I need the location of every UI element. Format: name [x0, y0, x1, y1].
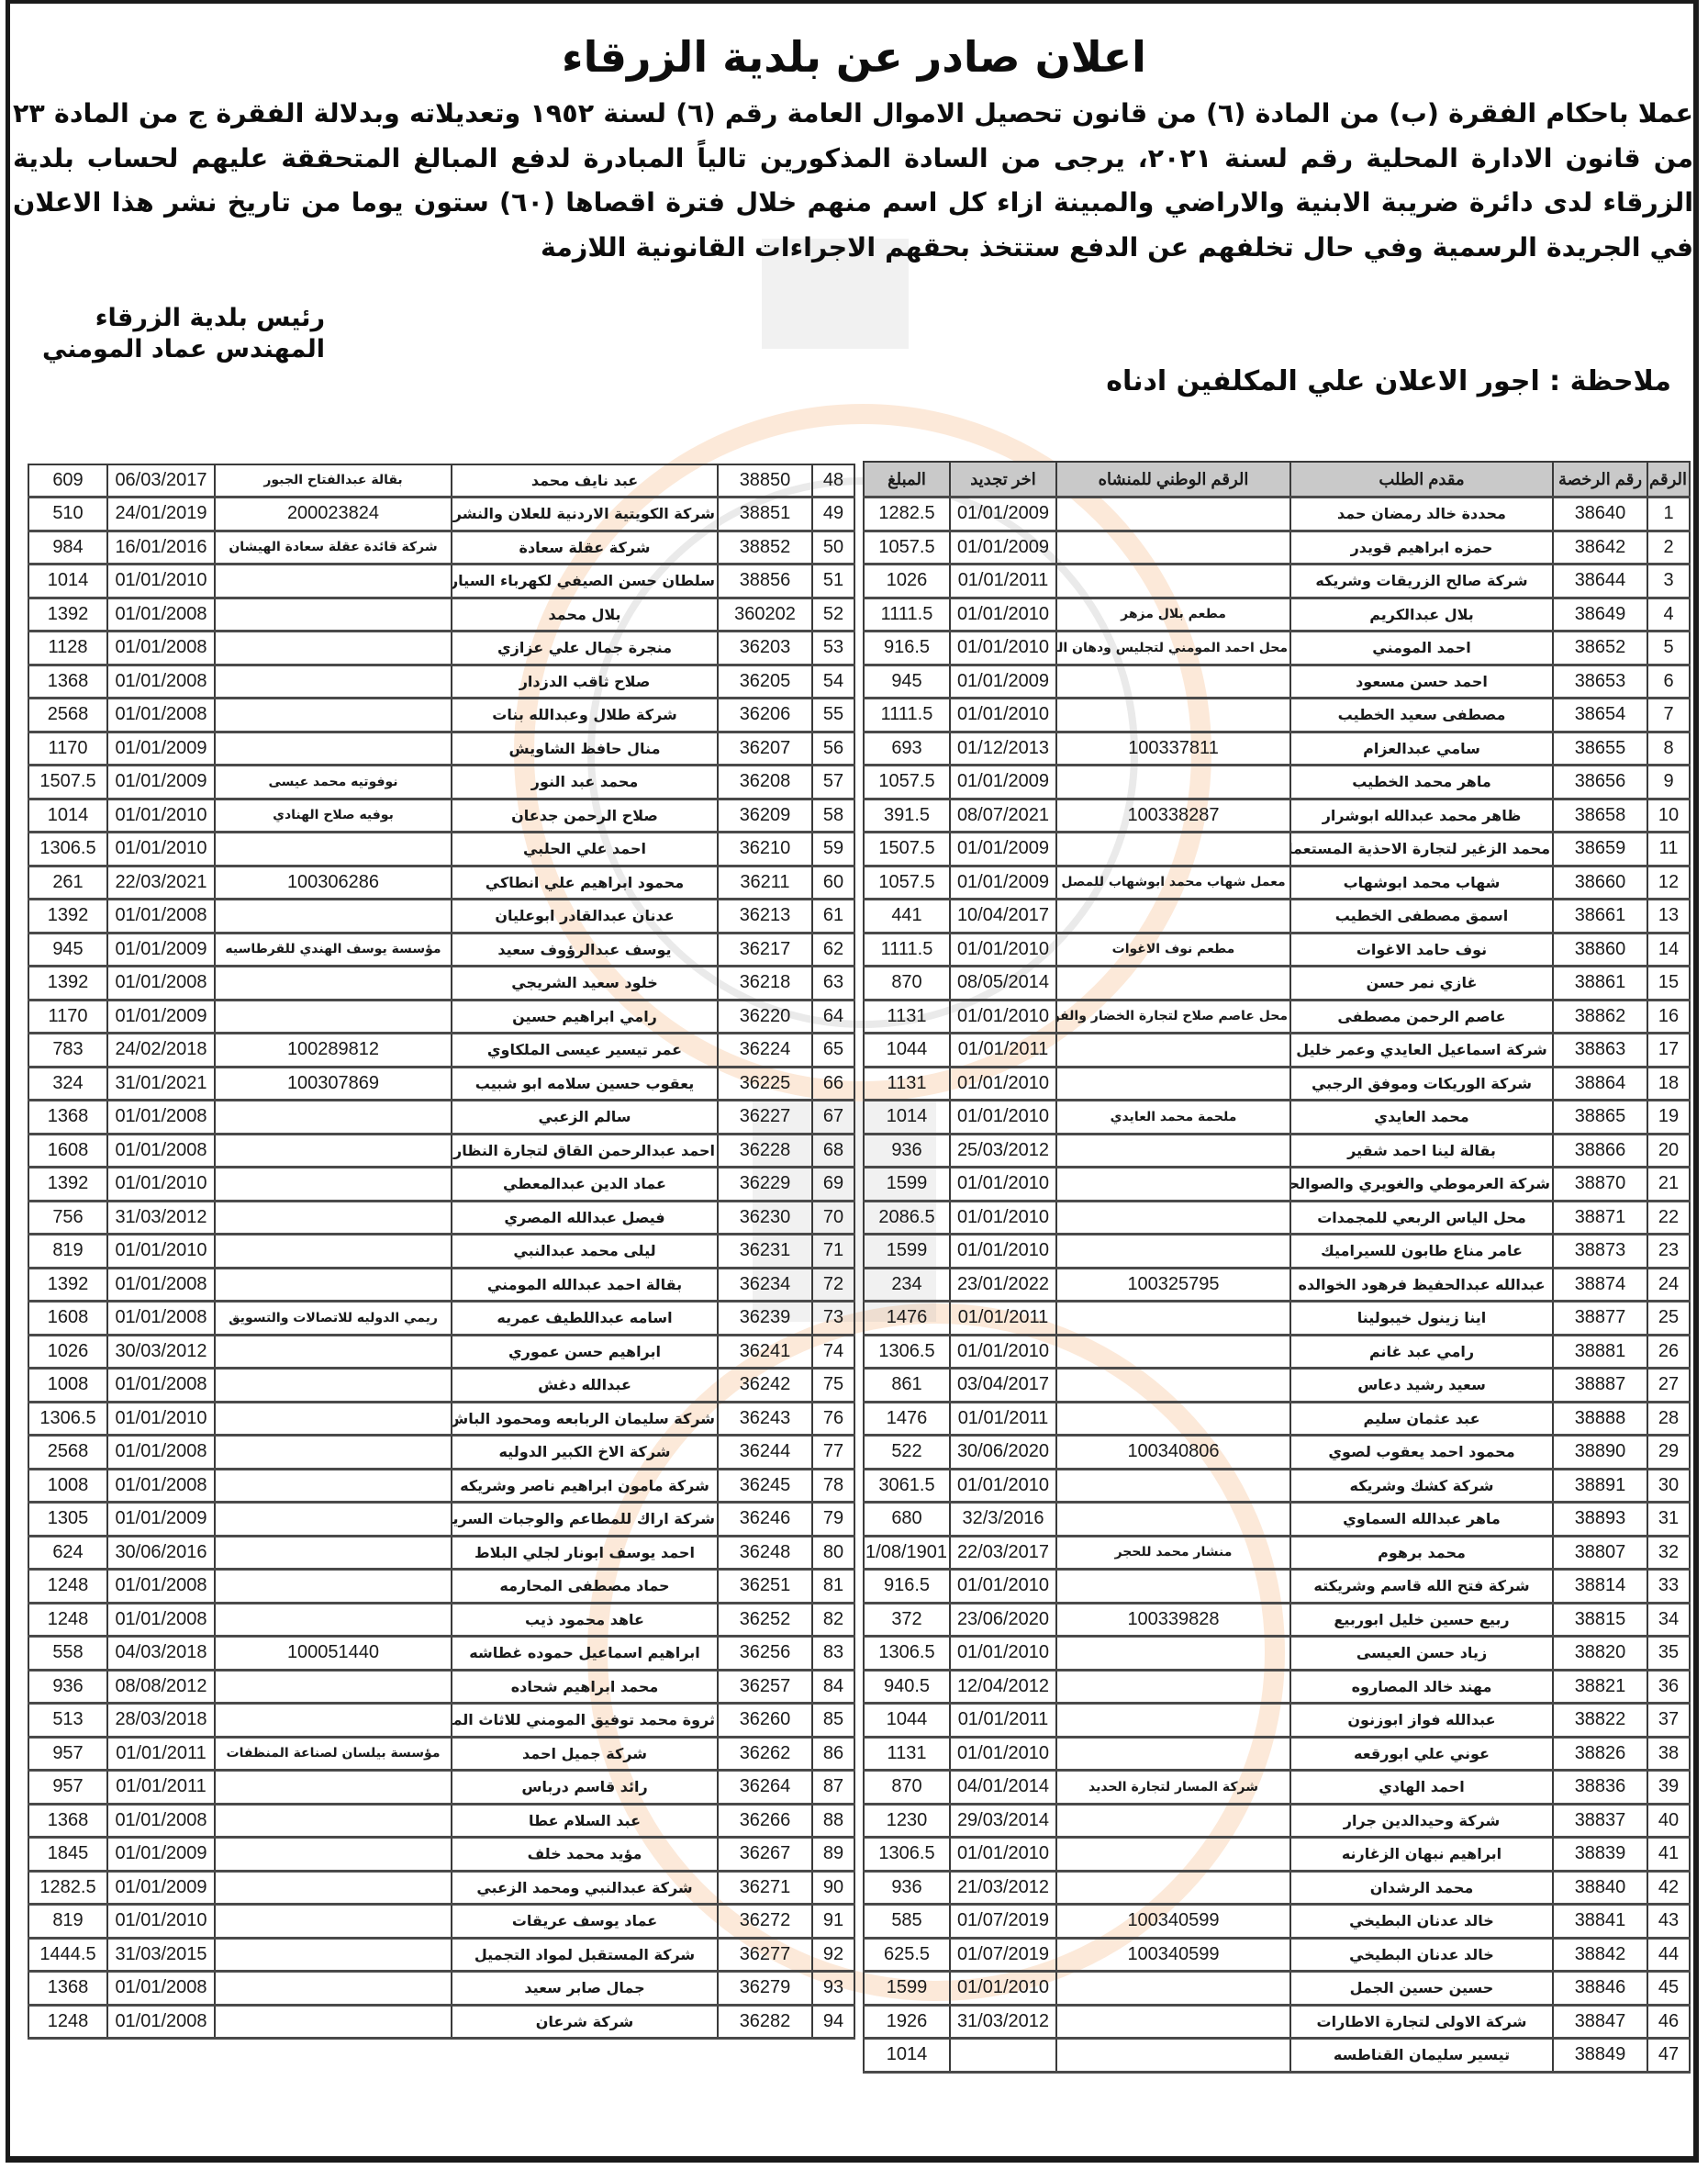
cell-license: 38839 [1553, 1838, 1647, 1872]
cell-applicant: احمد يوسف ابونار لجلي البلاط [452, 1536, 718, 1570]
cell-applicant: عبدالله عبدالحفيظ فرهود الخوالده [1290, 1268, 1553, 1302]
cell-last-renewal: 01/01/2008 [107, 1972, 215, 2006]
cell-applicant: مهند خالد المصاروه [1290, 1670, 1553, 1704]
cell-no: 51 [812, 565, 854, 598]
cell-license: 36229 [718, 1168, 812, 1202]
cell-no: 6 [1647, 665, 1690, 699]
cell-national-id [215, 1771, 452, 1805]
table-row: 8136251حماد مصطفى المحارمه01/01/20081248 [28, 1570, 854, 1604]
taxpayers-table-right: الرقم رقم الرخصة مقدم الطلب الرقم الوطني… [863, 461, 1691, 2074]
table-row: 5336203منجرة جمال علي عزازي01/01/2008112… [28, 632, 854, 665]
cell-amount: 1392 [28, 598, 107, 632]
cell-applicant: ثروة محمد توفيق المومني للاثاث المستعمل [452, 1704, 718, 1738]
cell-last-renewal: 08/07/2021 [950, 799, 1056, 833]
cell-national-id [215, 1603, 452, 1637]
table-row: 7436241ابراهيم حسن عموري30/03/20121026 [28, 1335, 854, 1369]
cell-last-renewal: 01/01/2008 [107, 598, 215, 632]
cell-amount: 984 [28, 531, 107, 565]
cell-national-id [1056, 1838, 1290, 1872]
cell-applicant: احمد المومني [1290, 632, 1553, 665]
cell-national-id: ملحمة محمد العايدي [1056, 1101, 1290, 1135]
cell-applicant: فيصل عبدالله المصري [452, 1201, 718, 1235]
cell-applicant: جمال صابر سعيد [452, 1972, 718, 2006]
cell-amount: 624 [28, 1536, 107, 1570]
cell-no: 57 [812, 766, 854, 799]
cell-last-renewal: 16/01/2016 [107, 531, 215, 565]
cell-national-id [215, 665, 452, 699]
cell-no: 93 [812, 1972, 854, 2006]
cell-no: 80 [812, 1536, 854, 1570]
cell-amount: 945 [864, 665, 950, 699]
cell-applicant: حمزه ابراهيم قويدر [1290, 531, 1553, 565]
cell-no: 68 [812, 1134, 854, 1168]
cell-license: 36209 [718, 799, 812, 833]
cell-no: 90 [812, 1871, 854, 1905]
table-row: 1838864شركة الوريكات وموفق الرجبي01/01/2… [864, 1067, 1690, 1101]
cell-last-renewal: 22/03/2021 [107, 866, 215, 900]
cell-no: 55 [812, 699, 854, 732]
table-row: 2938890محمود احمد يعقوب لصوي10034080630/… [864, 1436, 1690, 1470]
cell-last-renewal: 01/07/2019 [950, 1905, 1056, 1939]
cell-amount: 693 [864, 732, 950, 766]
cell-last-renewal: 01/01/2008 [107, 1436, 215, 1470]
cell-national-id [215, 565, 452, 598]
cell-license: 36217 [718, 933, 812, 967]
cell-last-renewal: 01/01/2009 [950, 866, 1056, 900]
cell-amount: 1368 [28, 1972, 107, 2006]
cell-no: 5 [1647, 632, 1690, 665]
cell-last-renewal: 08/05/2014 [950, 967, 1056, 1001]
cell-national-id: 100051440 [215, 1637, 452, 1671]
cell-no: 87 [812, 1771, 854, 1805]
table-row: 6136213عدنان عبدالقادر ابوعليان01/01/200… [28, 900, 854, 934]
table-body-right: 138640محددة خالد رمضان حمد01/01/20091282… [864, 498, 1690, 2073]
cell-last-renewal: 01/01/2009 [950, 833, 1056, 866]
cell-applicant: شركة صالح الزريقات وشريكه [1290, 565, 1553, 598]
table-row: 5038852شركة عقلة سعادةشركة قائدة عقلة سع… [28, 531, 854, 565]
cell-no: 61 [812, 900, 854, 934]
cell-no: 66 [812, 1067, 854, 1101]
cell-last-renewal: 30/06/2016 [107, 1536, 215, 1570]
cell-last-renewal: 30/06/2020 [950, 1436, 1056, 1470]
cell-amount: 1230 [864, 1804, 950, 1838]
cell-applicant: شركة اراك للمطاعم والوجبات السريعه [452, 1503, 718, 1537]
cell-national-id: 100340599 [1056, 1938, 1290, 1972]
table-row: 7736244شركة الاخ الكبير الدوليه01/01/200… [28, 1436, 854, 1470]
cell-national-id [1056, 1972, 1290, 2006]
cell-last-renewal: 01/01/2008 [107, 1369, 215, 1403]
cell-applicant: شركة عبدالنبي ومحمد الزعبي [452, 1871, 718, 1905]
cell-no: 13 [1647, 900, 1690, 934]
cell-applicant: شركة طلال وعبدالله بنات [452, 699, 718, 732]
cell-last-renewal: 01/01/2010 [107, 1235, 215, 1269]
cell-no: 35 [1647, 1637, 1690, 1671]
table-row: 8936267مؤيد محمد خلف01/01/20091845 [28, 1838, 854, 1872]
cell-applicant: احمد حسن مسعود [1290, 665, 1553, 699]
cell-amount: 1599 [864, 1235, 950, 1269]
cell-amount: 1282.5 [28, 1871, 107, 1905]
cell-last-renewal: 01/01/2009 [107, 732, 215, 766]
cell-amount: 1282.5 [864, 498, 950, 531]
cell-national-id: مطعم بلال مزهر [1056, 598, 1290, 632]
cell-license: 36256 [718, 1637, 812, 1671]
cell-amount: 1392 [28, 967, 107, 1001]
cell-applicant: رامي ابراهيم حسين [452, 1000, 718, 1034]
cell-no: 92 [812, 1938, 854, 1972]
cell-no: 74 [812, 1335, 854, 1369]
cell-applicant: سامي عبدالعزام [1290, 732, 1553, 766]
cell-license: 38891 [1553, 1469, 1647, 1503]
table-row: 1638862عاصم الرحمن مصطفىمحل عاصم صلاح لت… [864, 1000, 1690, 1034]
cell-license: 36231 [718, 1235, 812, 1269]
cell-last-renewal: 01/01/2009 [107, 1000, 215, 1034]
cell-applicant: شركة جميل احمد [452, 1737, 718, 1771]
cell-no: 15 [1647, 967, 1690, 1001]
table-row: 7336239اسامه عبداللطيف عمريهريمي الدوليه… [28, 1302, 854, 1336]
cell-applicant: شركة كشك وشريكه [1290, 1469, 1553, 1503]
table-row: 6436220رامي ابراهيم حسين01/01/20091170 [28, 1000, 854, 1034]
cell-amount: 1507.5 [864, 833, 950, 866]
table-row: 9036271شركة عبدالنبي ومحمد الزعبي01/01/2… [28, 1871, 854, 1905]
cell-amount: 870 [864, 1771, 950, 1805]
cell-national-id: مؤسسة بيلسان لصناعة المنظفات [215, 1737, 452, 1771]
cell-license: 38654 [1553, 699, 1647, 732]
table-row: 6936229عماد الدين عبدالمعطي01/01/2010139… [28, 1168, 854, 1202]
cell-national-id: 100337811 [1056, 732, 1290, 766]
cell-applicant: رامي عبد غانم [1290, 1335, 1553, 1369]
cell-no: 24 [1647, 1268, 1690, 1302]
cell-applicant: اينا زينول خيبولينا [1290, 1302, 1553, 1336]
cell-national-id: شركة قائدة عقلة سعادة الهيشان [215, 531, 452, 565]
cell-no: 17 [1647, 1034, 1690, 1068]
cell-applicant: شركة الوريكات وموفق الرجبي [1290, 1067, 1553, 1101]
cell-national-id: 100289812 [215, 1034, 452, 1068]
table-row: 638653احمد حسن مسعود01/01/2009945 [864, 665, 1690, 699]
cell-amount: 1306.5 [28, 1402, 107, 1436]
cell-amount: 783 [28, 1034, 107, 1068]
cell-last-renewal: 01/01/2011 [950, 1034, 1056, 1068]
cell-license: 36206 [718, 699, 812, 732]
table-row: 6036211محمود ابراهيم علي انطاكي100306286… [28, 866, 854, 900]
cell-applicant: حماد مصطفى المحارمه [452, 1570, 718, 1604]
cell-last-renewal: 01/01/2011 [950, 1302, 1056, 1336]
cell-license: 38655 [1553, 732, 1647, 766]
cell-last-renewal: 01/01/2008 [107, 1570, 215, 1604]
cell-last-renewal: 01/01/2008 [107, 1804, 215, 1838]
cell-no: 59 [812, 833, 854, 866]
cell-license: 38836 [1553, 1771, 1647, 1805]
cell-amount: 861 [864, 1369, 950, 1403]
table-row: 6536224عمر تيسير عيسى الملكاوي1002898122… [28, 1034, 854, 1068]
cell-last-renewal: 01/01/2008 [107, 900, 215, 934]
cell-no: 83 [812, 1637, 854, 1671]
col-header-amount: المبلغ [864, 462, 950, 498]
cell-license: 38640 [1553, 498, 1647, 531]
cell-no: 27 [1647, 1369, 1690, 1403]
cell-last-renewal: 01/01/2010 [950, 699, 1056, 732]
cell-license: 36282 [718, 2005, 812, 2039]
cell-amount: 1131 [864, 1737, 950, 1771]
cell-license: 38888 [1553, 1402, 1647, 1436]
cell-last-renewal: 12/04/2012 [950, 1670, 1056, 1704]
cell-no: 88 [812, 1804, 854, 1838]
cell-national-id [1056, 766, 1290, 799]
cell-no: 41 [1647, 1838, 1690, 1872]
cell-national-id [215, 1503, 452, 1537]
cell-applicant: عماد الدين عبدالمعطي [452, 1168, 718, 1202]
cell-license: 38660 [1553, 866, 1647, 900]
cell-license: 36239 [718, 1302, 812, 1336]
cell-national-id: 100338287 [1056, 799, 1290, 833]
cell-amount: 1926 [864, 2005, 950, 2039]
cell-last-renewal: 01/01/2010 [107, 1168, 215, 1202]
cell-last-renewal: 01/01/2010 [950, 1101, 1056, 1135]
cell-no: 46 [1647, 2005, 1690, 2039]
cell-applicant: منال حافظ الشاويش [452, 732, 718, 766]
cell-national-id: معمل شهاب محمد ابوشهاب للمصل [1056, 866, 1290, 900]
cell-no: 10 [1647, 799, 1690, 833]
cell-national-id [215, 900, 452, 934]
cell-applicant: اسامه عبداللطيف عمريه [452, 1302, 718, 1336]
cell-amount: 513 [28, 1704, 107, 1738]
cell-last-renewal: 25/03/2012 [950, 1134, 1056, 1168]
cell-amount: 1248 [28, 1603, 107, 1637]
cell-national-id [1056, 665, 1290, 699]
cell-last-renewal: 01/01/2010 [950, 1235, 1056, 1269]
cell-license: 38652 [1553, 632, 1647, 665]
cell-national-id [1056, 1134, 1290, 1168]
cell-applicant: عبد نايف محمد [452, 464, 718, 498]
cell-applicant: عدنان عبدالقادر ابوعليان [452, 900, 718, 934]
cell-applicant: اسمق مصطفى الخطيب [1290, 900, 1553, 934]
table-row: 6236217يوسف عبدالرؤوف سعيدمؤسسة يوسف اله… [28, 933, 854, 967]
col-header-national-id: الرقم الوطني للمنشاه [1056, 462, 1290, 498]
cell-applicant: ابراهيم حسن عموري [452, 1335, 718, 1369]
cell-no: 58 [812, 799, 854, 833]
cell-amount: 391.5 [864, 799, 950, 833]
cell-amount: 522 [864, 1436, 950, 1470]
cell-no: 69 [812, 1168, 854, 1202]
table-row: 2438874عبدالله عبدالحفيظ فرهود الخوالده1… [864, 1268, 1690, 1302]
cell-applicant: شركة سليمان الربابعه ومحمود الباش [452, 1402, 718, 1436]
cell-national-id [1056, 1235, 1290, 1269]
cell-national-id [215, 967, 452, 1001]
table-row: 6736227سالم الزعبي01/01/20081368 [28, 1101, 854, 1135]
cell-applicant: شركة الكويتية الاردنية للعلان والنشر [452, 498, 718, 531]
cell-last-renewal: 01/01/2010 [950, 1168, 1056, 1202]
cell-license: 38890 [1553, 1436, 1647, 1470]
cell-applicant: سلطان حسن الصيفي لكهرباء السيارات [452, 565, 718, 598]
cell-last-renewal: 23/01/2022 [950, 1268, 1056, 1302]
cell-last-renewal: 01/01/2008 [107, 632, 215, 665]
cell-national-id [1056, 900, 1290, 934]
cell-license: 36277 [718, 1938, 812, 1972]
cell-no: 4 [1647, 598, 1690, 632]
cell-last-renewal: 01/01/2009 [107, 1871, 215, 1905]
cell-applicant: عاصم الرحمن مصطفى [1290, 1000, 1553, 1034]
cell-national-id [215, 1436, 452, 1470]
table-row: 4538846حسين حسين الجمل01/01/20101599 [864, 1972, 1690, 2006]
col-header-applicant: مقدم الطلب [1290, 462, 1553, 498]
cell-license: 38826 [1553, 1737, 1647, 1771]
cell-applicant: محمد الرشدان [1290, 1871, 1553, 1905]
table-row: 2638881رامي عبد غانم01/01/20101306.5 [864, 1335, 1690, 1369]
cell-license: 38870 [1553, 1168, 1647, 1202]
cell-license: 36264 [718, 1771, 812, 1805]
cell-last-renewal: 01/01/2008 [107, 1268, 215, 1302]
cell-last-renewal: 04/01/2014 [950, 1771, 1056, 1805]
table-row: 3138893ماهر عبدالله السماوي32/3/2016680 [864, 1503, 1690, 1537]
cell-amount: 819 [28, 1905, 107, 1939]
cell-license: 38846 [1553, 1972, 1647, 2006]
cell-amount: 957 [28, 1771, 107, 1805]
table-row: 7936246شركة اراك للمطاعم والوجبات السريع… [28, 1503, 854, 1537]
table-row: 5536206شركة طلال وعبدالله بنات01/01/2008… [28, 699, 854, 732]
cell-amount: 1392 [28, 1268, 107, 1302]
table-row: 338644شركة صالح الزريقات وشريكه01/01/201… [864, 565, 1690, 598]
cell-applicant: بلال عبدالكريم [1290, 598, 1553, 632]
cell-applicant: عبد عثمان سليم [1290, 1402, 1553, 1436]
cell-license: 38837 [1553, 1804, 1647, 1838]
cell-amount: 1608 [28, 1134, 107, 1168]
cell-license: 38874 [1553, 1268, 1647, 1302]
cell-national-id: شركة المسار لتجارة الحديد [1056, 1771, 1290, 1805]
table-row: 7836245شركة مامون ابراهيم ناصر وشريكه01/… [28, 1469, 854, 1503]
cell-no: 50 [812, 531, 854, 565]
cell-amount: 1131 [864, 1000, 950, 1034]
cell-no: 32 [1647, 1536, 1690, 1570]
cell-no: 72 [812, 1268, 854, 1302]
cell-national-id [215, 2005, 452, 2039]
table-row: 2138870شركة العرموطي والغويري والصوالحه0… [864, 1168, 1690, 1202]
table-header-row: الرقم رقم الرخصة مقدم الطلب الرقم الوطني… [864, 462, 1690, 498]
cell-amount: 1008 [28, 1469, 107, 1503]
cell-amount: 819 [28, 1235, 107, 1269]
cell-no: 33 [1647, 1570, 1690, 1604]
cell-amount: 1170 [28, 732, 107, 766]
cell-last-renewal: 24/02/2018 [107, 1034, 215, 1068]
cell-amount: 957 [28, 1737, 107, 1771]
cell-last-renewal: 08/08/2012 [107, 1670, 215, 1704]
cell-last-renewal: 01/01/2010 [950, 1201, 1056, 1235]
table-row: 8036248احمد يوسف ابونار لجلي البلاط30/06… [28, 1536, 854, 1570]
cell-national-id: مؤسسة يوسف الهندي للقرطاسيه [215, 933, 452, 967]
cell-license: 360202 [718, 598, 812, 632]
cell-license: 38850 [718, 464, 812, 498]
cell-license: 38847 [1553, 2005, 1647, 2039]
cell-national-id [215, 1402, 452, 1436]
cell-national-id: محل عاصم صلاح لتجارة الخضار والفواكه [1056, 1000, 1290, 1034]
cell-amount: 1014 [864, 1101, 950, 1135]
signature-block: رئيس بلدية الزرقاء المهندس عماد المومني [22, 303, 325, 365]
cell-applicant: ابراهيم اسماعيل حموده غطاشه [452, 1637, 718, 1671]
cell-last-renewal: 01/01/2010 [950, 1972, 1056, 2006]
cell-no: 36 [1647, 1670, 1690, 1704]
cell-national-id [1056, 699, 1290, 732]
cell-national-id [215, 1168, 452, 1202]
signature-title: رئيس بلدية الزرقاء [22, 303, 325, 334]
cell-license: 38842 [1553, 1938, 1647, 1972]
cell-amount: 3061.5 [864, 1469, 950, 1503]
cell-no: 53 [812, 632, 854, 665]
cell-no: 18 [1647, 1067, 1690, 1101]
table-row: 4138839ابراهيم نبهان الزغارنه01/01/20101… [864, 1838, 1690, 1872]
cell-applicant: شركة وحيدالدين جرار [1290, 1804, 1553, 1838]
cell-amount: 1111.5 [864, 933, 950, 967]
cell-national-id [1056, 1369, 1290, 1403]
cell-no: 3 [1647, 565, 1690, 598]
cell-national-id [1056, 1804, 1290, 1838]
cell-last-renewal: 23/06/2020 [950, 1603, 1056, 1637]
cell-national-id: بوفيه صلاح الهنادي [215, 799, 452, 833]
cell-license: 38862 [1553, 1000, 1647, 1034]
cell-national-id [1056, 1704, 1290, 1738]
table-row: 938656ماهر محمد الخطيب01/01/20091057.5 [864, 766, 1690, 799]
cell-last-renewal: 01/01/2010 [950, 1838, 1056, 1872]
table-row: 1738863شركة اسماعيل العايدي وعمر خليل01/… [864, 1034, 1690, 1068]
cell-license: 38658 [1553, 799, 1647, 833]
cell-amount: 558 [28, 1637, 107, 1671]
cell-applicant: خالد عدنان البطيخي [1290, 1938, 1553, 1972]
cell-amount: 1057.5 [864, 866, 950, 900]
cell-license: 36227 [718, 1101, 812, 1135]
cell-applicant: بقالة لينا احمد شقير [1290, 1134, 1553, 1168]
cell-applicant: تيسير سليمان القناطسه [1290, 2039, 1553, 2073]
cell-national-id [1056, 531, 1290, 565]
taxpayers-table-left: 4838850عبد نايف محمدبقالة عبدالفتاح الجب… [28, 464, 855, 2040]
cell-amount: 31/08/1901 [864, 1536, 950, 1570]
cell-no: 85 [812, 1704, 854, 1738]
cell-applicant: شركة الاولى لتجارة الاطارات [1290, 2005, 1553, 2039]
cell-national-id [1056, 1469, 1290, 1503]
table-row: 4038837شركة وحيدالدين جرار29/03/20141230 [864, 1804, 1690, 1838]
cell-license: 36213 [718, 900, 812, 934]
cell-national-id: 100340806 [1056, 1436, 1290, 1470]
table-row: 3038891شركة كشك وشريكه01/01/20103061.5 [864, 1469, 1690, 1503]
cell-national-id [1056, 1737, 1290, 1771]
cell-amount: 936 [28, 1670, 107, 1704]
cell-amount: 1306.5 [864, 1335, 950, 1369]
table-row: 6336218خلود سعيد الشريجي01/01/20081392 [28, 967, 854, 1001]
cell-last-renewal: 01/01/2010 [950, 1737, 1056, 1771]
cell-license: 36225 [718, 1067, 812, 1101]
cell-national-id [215, 1268, 452, 1302]
cell-applicant: محمد العايدي [1290, 1101, 1553, 1135]
cell-national-id [215, 1369, 452, 1403]
table-row: 2738887سعيد رشيد دعاس03/04/2017861 [864, 1369, 1690, 1403]
cell-last-renewal: 01/07/2019 [950, 1938, 1056, 1972]
col-header-license: رقم الرخصة [1553, 462, 1647, 498]
cell-no: 62 [812, 933, 854, 967]
cell-national-id [1056, 1201, 1290, 1235]
cell-national-id [1056, 2005, 1290, 2039]
cell-last-renewal: 01/01/2010 [950, 1469, 1056, 1503]
cell-applicant: صلاح الرحمن جدعان [452, 799, 718, 833]
cell-last-renewal: 01/01/2011 [107, 1771, 215, 1805]
cell-national-id [1056, 1402, 1290, 1436]
cell-amount: 1368 [28, 1804, 107, 1838]
cell-amount: 1444.5 [28, 1938, 107, 1972]
table-row: 2338873عامر مناع طابون للسيراميك01/01/20… [864, 1235, 1690, 1269]
cell-applicant: صلاح ثاقب الدزدار [452, 665, 718, 699]
cell-no: 12 [1647, 866, 1690, 900]
table-row: 2238871محل الياس الربعي للمجمدات01/01/20… [864, 1201, 1690, 1235]
cell-applicant: محمد برهوم [1290, 1536, 1553, 1570]
cell-national-id: ريمي الدوليه للاتصالات والتسويق [215, 1302, 452, 1336]
table-row: 8636262شركة جميل احمدمؤسسة بيلسان لصناعة… [28, 1737, 854, 1771]
cell-amount: 609 [28, 464, 107, 498]
cell-no: 38 [1647, 1737, 1690, 1771]
